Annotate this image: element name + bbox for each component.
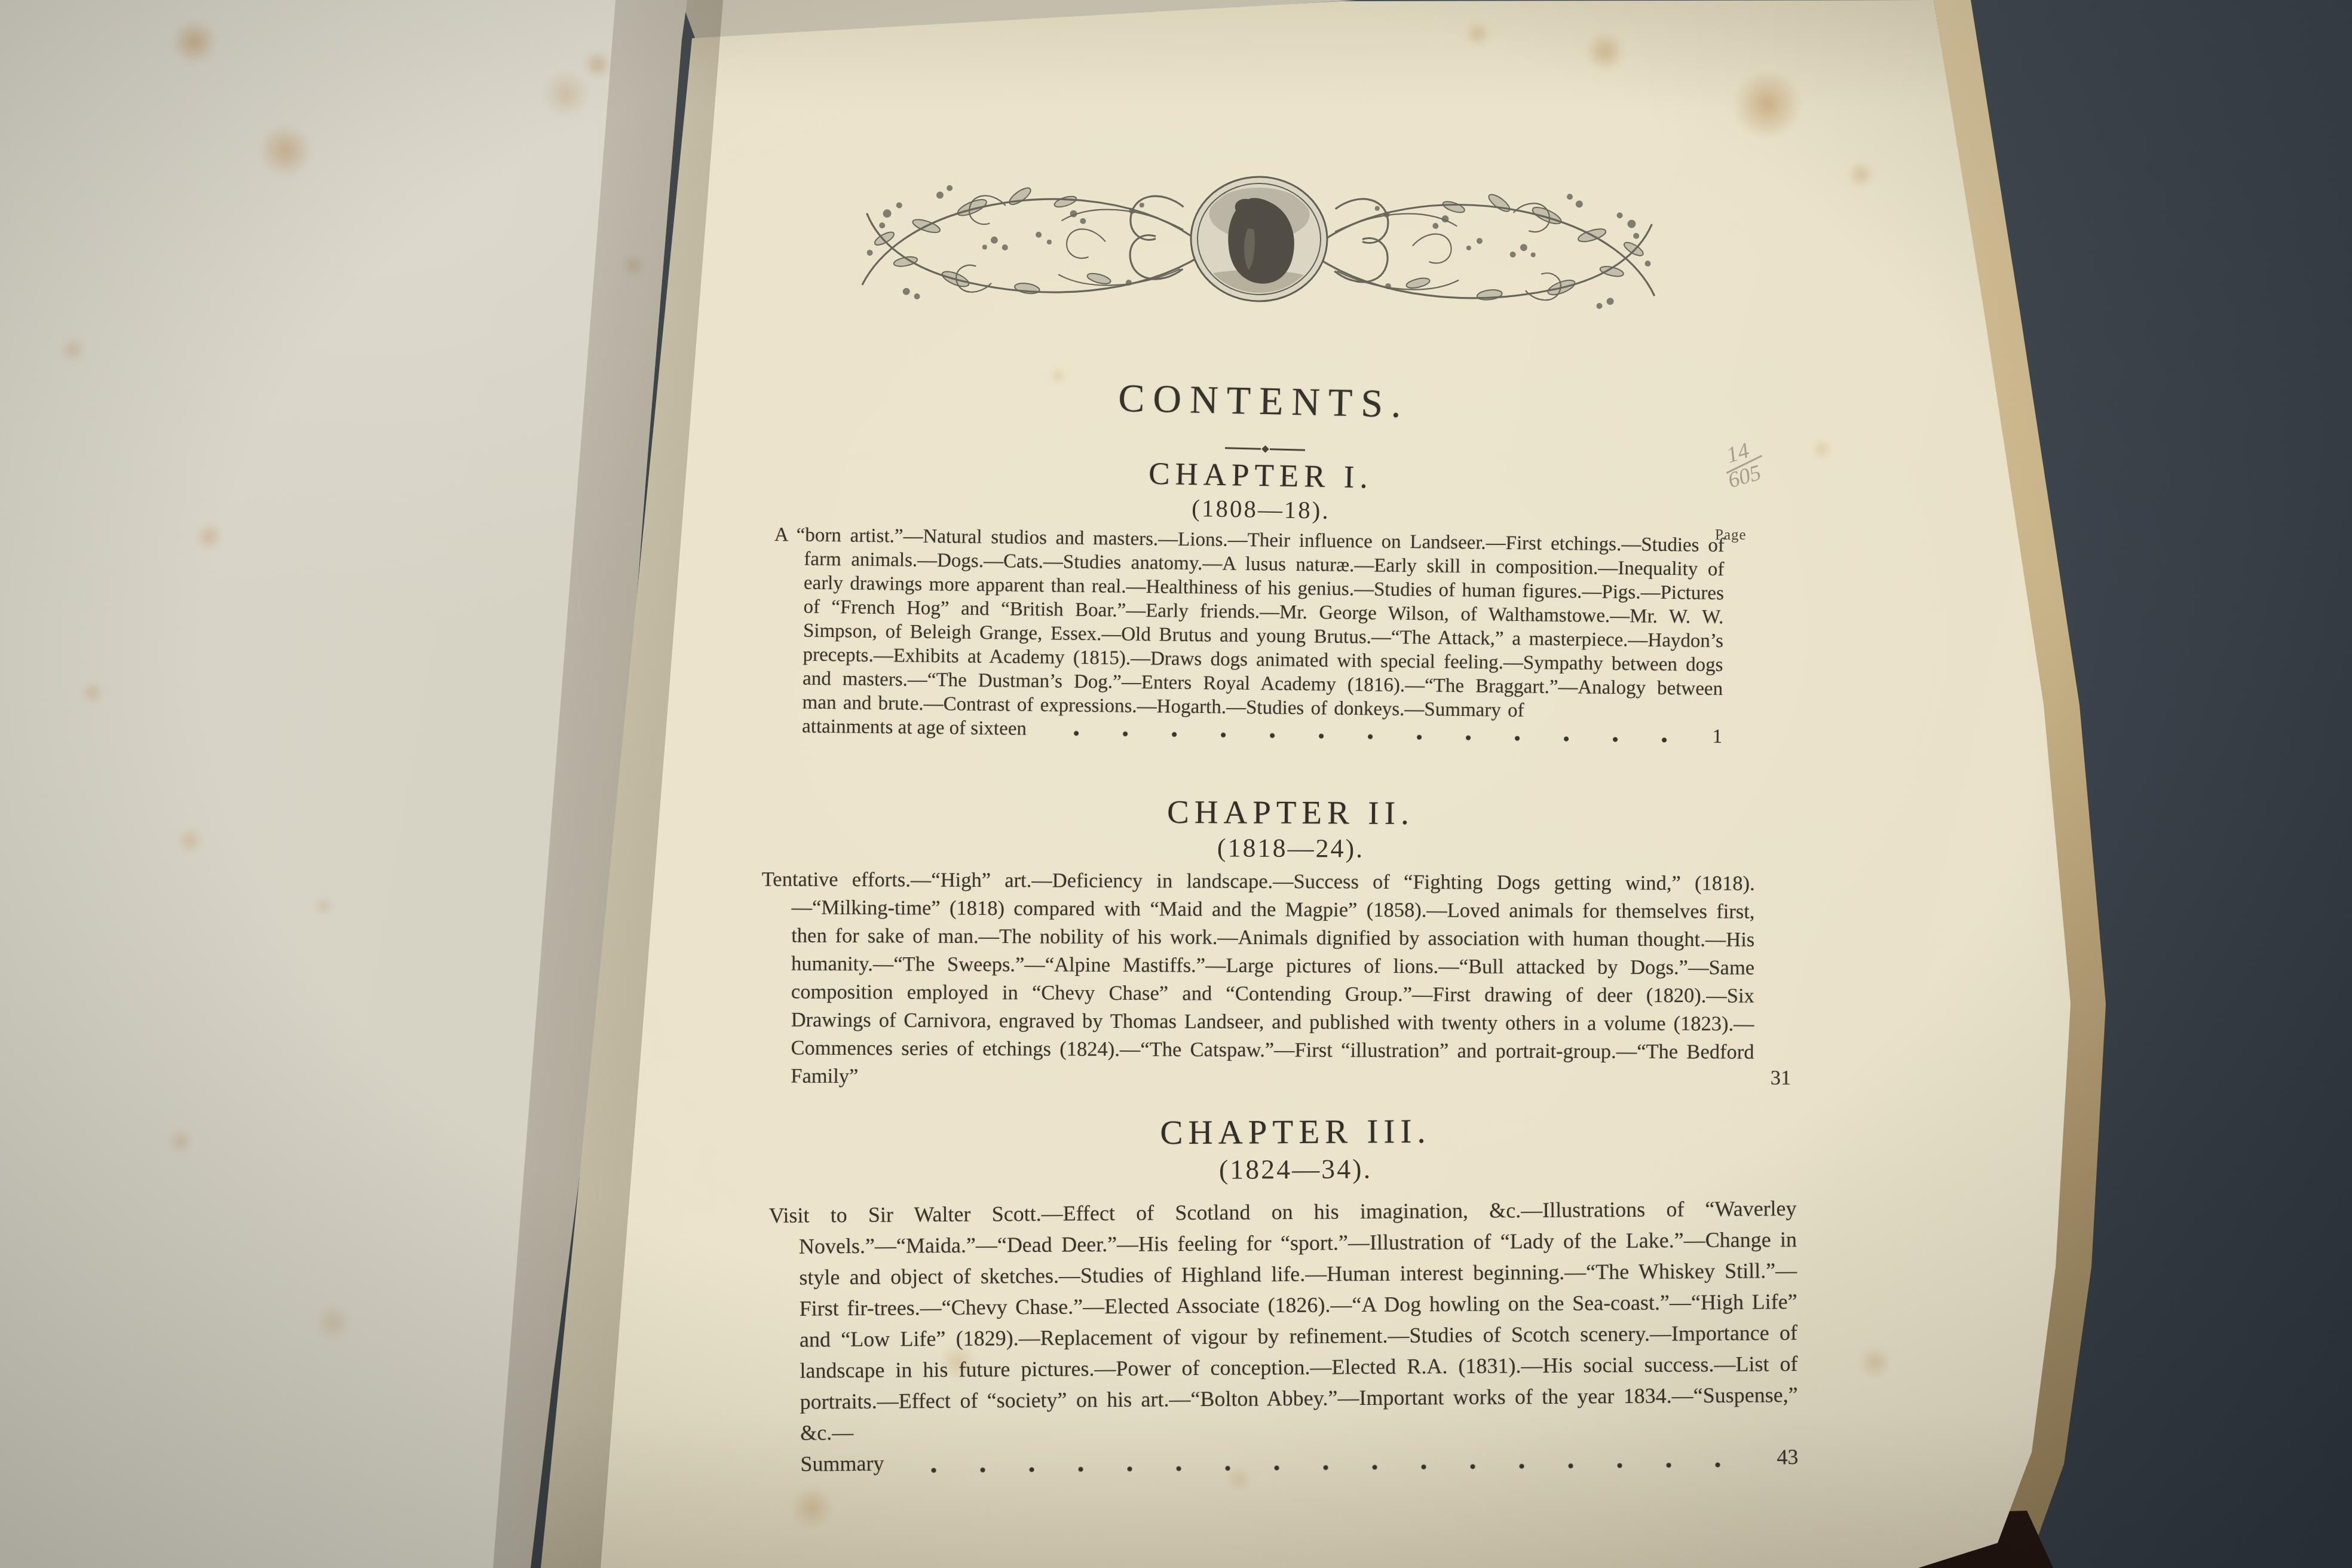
chapter-entry: Visit to Sir Walter Scott.—Effect of Sco… [768,1193,1798,1480]
chapter-heading: CHAPTER III. [1056,1111,1535,1153]
leader-line: Summary 43 [770,1441,1798,1480]
foxing-spot [170,21,218,63]
chapter-heading: CHAPTER I. [1022,454,1500,498]
title-divider [1225,443,1305,454]
foxing-spot [257,125,314,176]
foxing-spot [1464,21,1492,46]
pencil-annotation: 14 605 [1713,437,1769,494]
foxing-spot [60,338,86,362]
divider-diamond [1261,445,1269,453]
leader-dots [909,1462,1762,1473]
foxing-spot [1730,72,1805,137]
divider-rule-left [1225,447,1261,449]
chapter-summary: Visit to Sir Walter Scott.—Effect of Sco… [768,1193,1798,1448]
leader-dots [1052,730,1697,743]
foxing-spot [314,1306,352,1339]
chapter-page-number: 31 [1771,1064,1791,1092]
chapter-heading: CHAPTER II. [1052,792,1530,832]
chapter-date-range: (1824—34). [1056,1152,1535,1186]
chapter-summary-last-line: Summary [800,1448,884,1480]
chapter-ornament-engraving [848,167,1671,310]
chapter-entry: A “born artist.”—Natural studios and mas… [772,523,1725,749]
foxing-spot [1811,439,1833,460]
chapter-page-number: 1 [1712,725,1722,749]
foxing-spot [314,896,334,915]
foxing-spot [1846,161,1875,188]
foxing-spot [81,681,105,704]
foxing-spot [789,1488,835,1527]
chapter-summary: A “born artist.”—Natural studios and mas… [772,523,1725,725]
foxing-spot [541,72,592,117]
foxing-spot [583,51,612,78]
foxing-spot [1584,33,1627,70]
foxing-spot [167,1129,194,1153]
chapter-entry: Tentative efforts.—“High” art.—Deficienc… [761,865,1755,1094]
foxing-spot [176,828,204,853]
chapter-page-number: 43 [1777,1441,1798,1472]
contents-title: CONTENTS. [1024,374,1503,430]
open-book-photo: CONTENTS. 14 605 Page CHAPTER I. (1808—1… [0,0,2352,1568]
divider-rule-right [1269,448,1305,451]
chapter-date-range: (1818—24). [1052,832,1530,865]
chapter-summary: Tentative efforts.—“High” art.—Deficienc… [761,865,1755,1094]
chapter-summary-last-line: attainments at age of sixteen [802,715,1027,741]
foxing-spot [1858,1347,1892,1377]
foxing-spot [194,523,224,550]
